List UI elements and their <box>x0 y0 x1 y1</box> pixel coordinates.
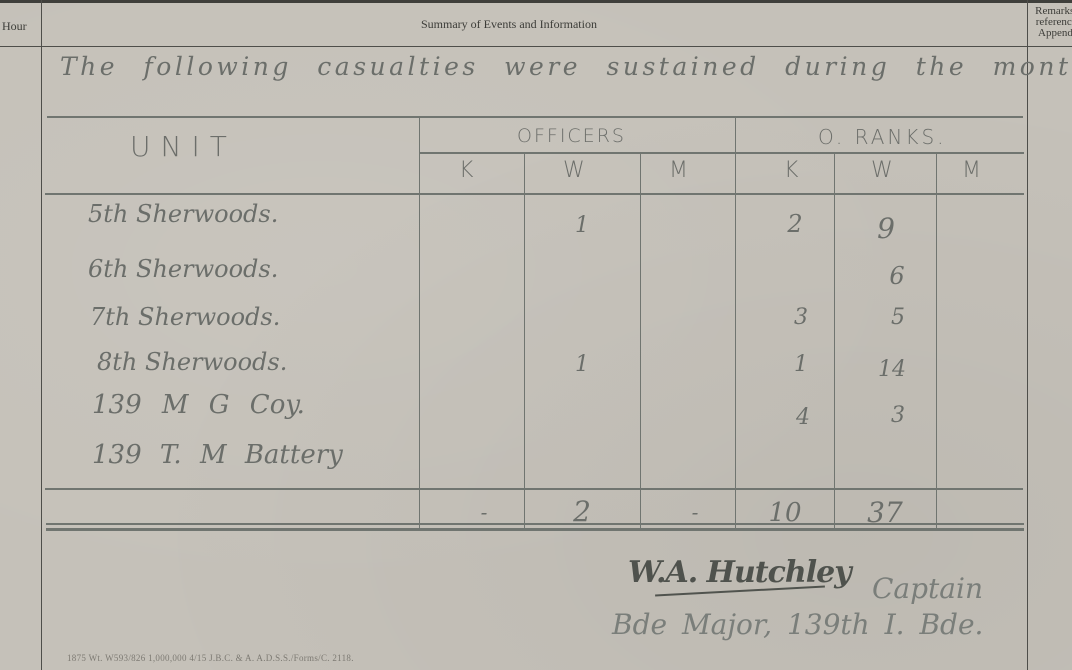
oranks-wounded-value: 9 <box>834 212 938 245</box>
form-imprint: 1875 Wt. W593/826 1,000,000 4/15 J.B.C. … <box>67 653 354 663</box>
unit-name: 139 M G Coy. <box>92 390 305 420</box>
officers-wounded-value: 1 <box>524 352 640 377</box>
intro-sentence: The following casualties were sustained … <box>60 52 1072 81</box>
subheader-rule <box>420 152 1024 154</box>
unit-name: 6th Sherwoods. <box>88 255 278 283</box>
unit-name: 5th Sherwoods. <box>88 200 278 228</box>
oranks-wounded-value: 5 <box>834 305 962 330</box>
header-bottom-rule <box>0 46 1072 47</box>
col-rule-or-w-m <box>936 153 937 530</box>
unit-column-header: UNIT <box>130 130 237 163</box>
col-rule-off-w-m <box>640 153 641 530</box>
top-border <box>0 0 1072 3</box>
oranks-wounded-value: 6 <box>834 262 960 290</box>
oranks-killed-header: K <box>784 158 800 183</box>
totals-top-rule <box>45 488 1023 490</box>
unit-name: 8th Sherwoods. <box>97 348 287 376</box>
oranks-wounded-value: 3 <box>834 403 962 428</box>
remarks-column-divider <box>1027 0 1028 670</box>
signature-name: W.A. Hutchley <box>628 555 851 590</box>
total-oranks-wounded: 37 <box>834 496 936 529</box>
signature-appointment: Bde Major, 139th I. Bde. <box>612 608 983 641</box>
remarks-header-line-3: Appendices <box>1034 28 1072 39</box>
total-oranks-killed: 10 <box>735 498 835 528</box>
hour-column-divider <box>41 0 42 670</box>
signature-rank: Captain <box>872 572 983 605</box>
officers-wounded-value: 1 <box>524 213 640 238</box>
oranks-wounded-value: 14 <box>834 357 950 382</box>
remarks-column-header: Remarks and references to Appendices <box>1034 6 1072 39</box>
total-officers-wounded: 2 <box>524 495 640 528</box>
war-diary-page: Hour Summary of Events and Information R… <box>0 0 1072 670</box>
officers-missing-header: M <box>669 158 690 183</box>
hour-column-header: Hour <box>2 20 27 32</box>
header-bottom-rule-table <box>45 193 1024 195</box>
table-top-rule <box>47 116 1023 118</box>
summary-column-header: Summary of Events and Information <box>421 18 597 30</box>
col-rule-off-k-w <box>524 153 525 530</box>
officers-wounded-header: W <box>563 158 587 183</box>
unit-name: 139 T. M Battery <box>92 440 343 470</box>
total-officers-missing: - <box>640 500 750 524</box>
other-ranks-group-header: O. RANKS. <box>818 125 947 149</box>
officers-killed-header: K <box>459 158 475 183</box>
oranks-wounded-header: W <box>871 158 895 183</box>
col-rule-unit-officers <box>419 116 420 530</box>
oranks-missing-header: M <box>962 158 983 183</box>
officers-group-header: OFFICERS <box>517 125 626 147</box>
unit-name: 7th Sherwoods. <box>90 303 280 331</box>
